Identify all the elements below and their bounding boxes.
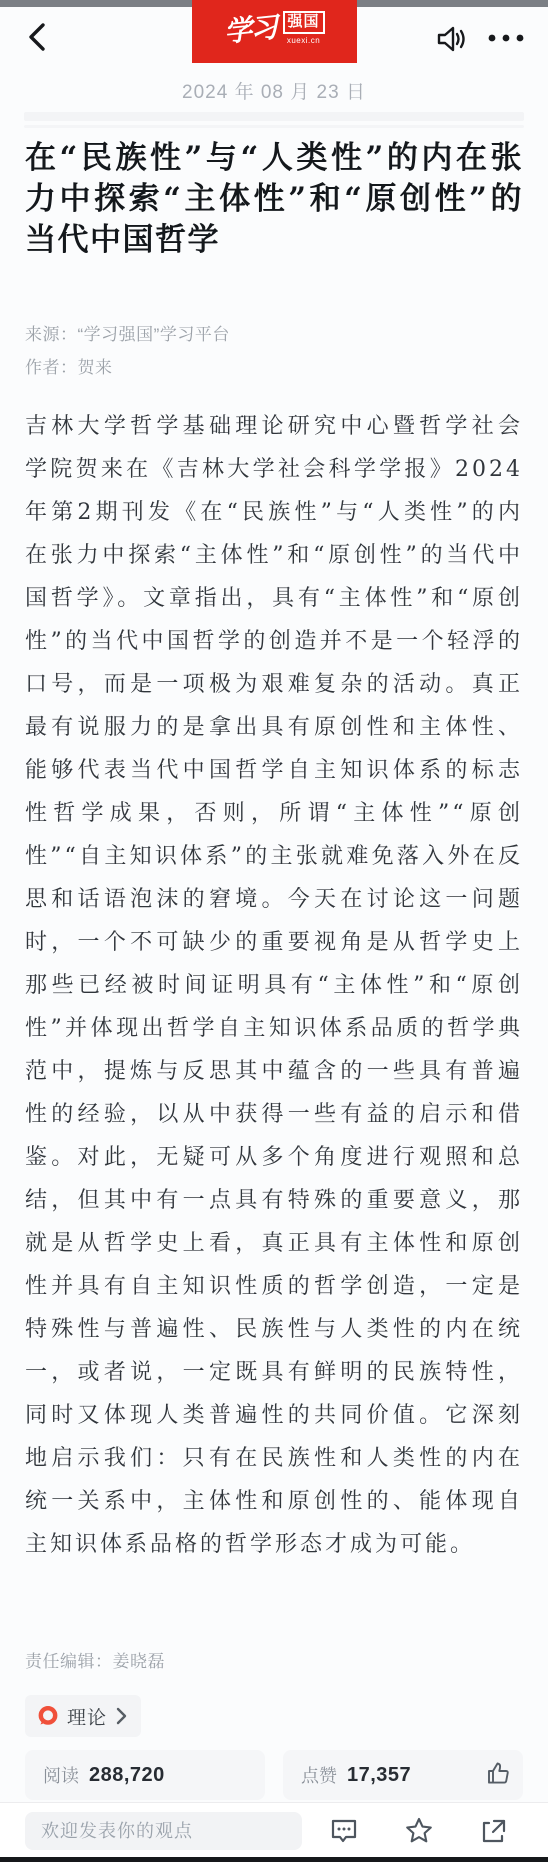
source-value: “学习强国”学习平台 (78, 325, 230, 344)
article-screen: 学习 强国 xuexi.cn 2024 年 08 月 23 日 在“民族性”与“… (0, 0, 548, 1862)
thumbs-up-icon[interactable] (485, 1760, 511, 1791)
publish-date: 2024 年 08 月 23 日 (0, 77, 548, 104)
logo-script-text: 学习 (223, 5, 279, 50)
chevron-left-icon (26, 22, 48, 57)
source-label: 来源： (25, 325, 78, 344)
comment-bar (0, 1802, 548, 1859)
author-line: 作者：贺来 (25, 353, 113, 378)
article-body: 吉林大学哲学基础理论研究中心暨哲学社会学院贺来在《吉林大学社会科学学报》2024… (25, 405, 523, 1566)
like-count: 17,357 (347, 1764, 411, 1787)
article-title: 在“民族性”与“人类性”的内在张力中探索“主体性”和“原创性”的当代中国哲学 (25, 138, 523, 261)
like-label: 点赞 (301, 1762, 337, 1788)
editor-value: 姜晓磊 (113, 1652, 166, 1671)
comments-icon[interactable] (329, 1816, 359, 1846)
back-button[interactable] (20, 22, 54, 56)
tag-label: 理论 (67, 1703, 107, 1730)
read-count: 288,720 (89, 1764, 165, 1787)
share-icon[interactable] (479, 1816, 509, 1846)
read-count-chip: 阅读 288,720 (25, 1750, 265, 1800)
editor-label: 责任编辑： (25, 1652, 113, 1671)
more-menu-button[interactable] (486, 26, 526, 52)
bottom-edge-strip (0, 1857, 548, 1862)
logo-box-text: 强国 (283, 11, 325, 34)
speaker-icon (436, 41, 468, 58)
source-line: 来源：“学习强国”学习平台 (25, 320, 230, 345)
header-divider-line (24, 125, 524, 128)
chevron-right-icon (115, 1707, 127, 1725)
logo-sub-text: xuexi.cn (287, 36, 320, 45)
comment-bubble-red-icon (37, 1705, 59, 1727)
tag-chip-theory[interactable]: 理论 (25, 1695, 141, 1737)
read-aloud-button[interactable] (436, 24, 468, 54)
star-icon[interactable] (404, 1816, 434, 1846)
ellipsis-icon (487, 30, 525, 48)
author-label: 作者： (25, 358, 78, 377)
read-label: 阅读 (43, 1762, 79, 1788)
header-divider-bar (24, 112, 524, 121)
comment-input[interactable] (25, 1812, 302, 1850)
editor-line: 责任编辑：姜晓磊 (25, 1647, 165, 1672)
xuexi-qiangguo-logo[interactable]: 学习 强国 xuexi.cn (192, 0, 357, 63)
author-value: 贺来 (78, 358, 113, 377)
logo-right-block: 强国 xuexi.cn (283, 11, 325, 45)
like-count-chip[interactable]: 点赞 17,357 (283, 1750, 523, 1800)
